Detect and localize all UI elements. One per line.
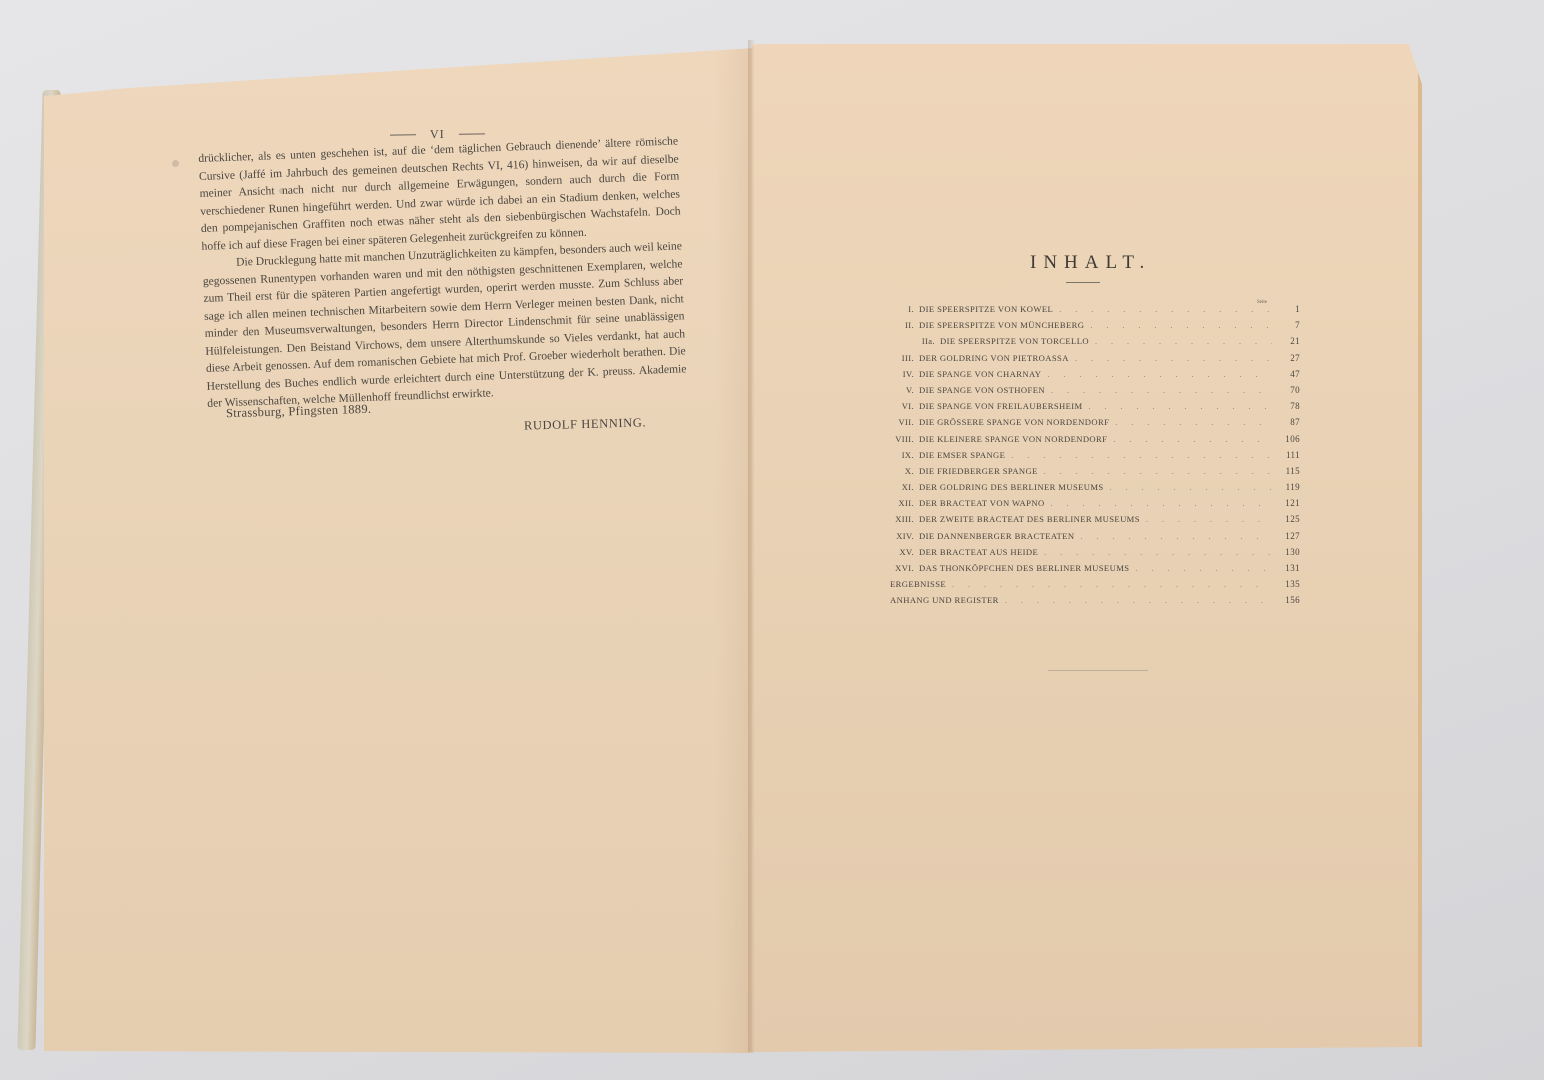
toc-entry-title: DIE GRÖSSERE SPANGE VON NORDENDORF — [919, 417, 1109, 427]
toc-entry: IV.DIE SPANGE VON CHARNAY47 — [890, 369, 1300, 385]
table-of-contents: I.DIE SPEERSPITZE VON KOWEL1II.DIE SPEER… — [890, 304, 1300, 612]
toc-entry-title: DIE DANNENBERGER BRACTEATEN — [919, 531, 1074, 541]
toc-entry-number: XIV. — [890, 531, 914, 541]
leader-dots — [1075, 354, 1272, 363]
leader-dots — [1090, 321, 1272, 330]
book-gutter — [748, 40, 754, 1052]
toc-entry: XIII.DER ZWEITE BRACTEAT DES BERLINER MU… — [890, 514, 1300, 530]
leader-dots — [1044, 548, 1272, 557]
toc-entry-number: VIII. — [890, 434, 914, 444]
toc-entry-page: 27 — [1278, 353, 1300, 363]
toc-entry-page: 111 — [1278, 450, 1300, 460]
paragraph: drücklicher, als es unten geschehen ist,… — [198, 132, 682, 255]
toc-entry: V.DIE SPANGE VON OSTHOFEN70 — [890, 385, 1300, 401]
leader-dots — [1051, 499, 1272, 508]
toc-entry-page: 130 — [1278, 547, 1300, 557]
leader-dots — [1095, 337, 1272, 346]
toc-entry-title: DER GOLDRING VON PIETROASSA — [919, 353, 1069, 363]
toc-entry-number: IIa. — [890, 336, 935, 346]
toc-entry-number: XV. — [890, 547, 914, 557]
toc-entry-page: 121 — [1278, 498, 1300, 508]
toc-entry: III.DER GOLDRING VON PIETROASSA27 — [890, 353, 1300, 369]
leader-dots — [1011, 451, 1272, 460]
toc-entry: XI.DER GOLDRING DES BERLINER MUSEUMS119 — [890, 482, 1300, 498]
toc-heading: INHALT. — [1030, 252, 1140, 274]
toc-entry-title: DER BRACTEAT VON WAPNO — [919, 498, 1045, 508]
toc-entry-number: II. — [890, 320, 914, 330]
toc-entry-title: DAS THONKÖPFCHEN DES BERLINER MUSEUMS — [919, 563, 1129, 573]
toc-entry-title: DIE SPANGE VON CHARNAY — [919, 369, 1041, 379]
toc-entry: X.DIE FRIEDBERGER SPANGE115 — [890, 466, 1300, 482]
author-signature: RUDOLF HENNING. — [524, 415, 647, 433]
leader-dots — [1115, 418, 1272, 427]
toc-entry-title: DIE SPEERSPITZE VON KOWEL — [919, 304, 1053, 314]
toc-entry: VIII.DIE KLEINERE SPANGE VON NORDENDORF1… — [890, 434, 1300, 450]
toc-entry: VII.DIE GRÖSSERE SPANGE VON NORDENDORF87 — [890, 417, 1300, 433]
heading-rule — [1066, 282, 1100, 283]
toc-entry-page: 106 — [1278, 434, 1300, 444]
toc-entry-page: 135 — [1278, 579, 1300, 589]
toc-entry-page: 78 — [1278, 401, 1300, 411]
leader-dots — [1059, 305, 1272, 314]
toc-entry-title: DIE SPANGE VON FREILAUBERSHEIM — [919, 401, 1083, 411]
toc-entry-title: DIE KLEINERE SPANGE VON NORDENDORF — [919, 434, 1107, 444]
toc-entry: II.DIE SPEERSPITZE VON MÜNCHEBERG7 — [890, 320, 1300, 336]
toc-entry-title: DIE FRIEDBERGER SPANGE — [919, 466, 1038, 476]
leader-dots — [1005, 596, 1272, 605]
toc-entry-title: DIE SPEERSPITZE VON TORCELLO — [940, 336, 1089, 346]
toc-entry-title: DIE EMSER SPANGE — [919, 450, 1005, 460]
leader-dots — [1044, 467, 1272, 476]
toc-entry-number: III. — [890, 353, 914, 363]
toc-entry-number: XI. — [890, 482, 914, 492]
open-book: VI drücklicher, als es unten geschehen i… — [0, 0, 1544, 1080]
toc-entry-title: DIE SPEERSPITZE VON MÜNCHEBERG — [919, 320, 1084, 330]
toc-entry-title: ANHANG UND REGISTER — [890, 595, 999, 605]
paper-spot — [172, 160, 179, 167]
preface-body: drücklicher, als es unten geschehen ist,… — [198, 132, 687, 412]
toc-entry-title: DER GOLDRING DES BERLINER MUSEUMS — [919, 482, 1104, 492]
toc-entry-page: 125 — [1278, 514, 1300, 524]
leader-dots — [1089, 402, 1272, 411]
toc-entry-number: IX. — [890, 450, 914, 460]
paragraph: Die Drucklegung hatte mit manchen Unzutr… — [202, 237, 687, 412]
toc-entry-title: DER BRACTEAT AUS HEIDE — [919, 547, 1038, 557]
page-number: VI — [430, 127, 445, 142]
toc-entry-number: I. — [890, 304, 914, 314]
toc-entry-number: IV. — [890, 369, 914, 379]
leader-dots — [1080, 532, 1272, 541]
toc-entry-number: V. — [890, 385, 914, 395]
toc-entry-page: 21 — [1278, 336, 1300, 346]
toc-entry: XIV.DIE DANNENBERGER BRACTEATEN127 — [890, 531, 1300, 547]
toc-entry: VI.DIE SPANGE VON FREILAUBERSHEIM78 — [890, 401, 1300, 417]
toc-entry: XII.DER BRACTEAT VON WAPNO121 — [890, 498, 1300, 514]
toc-entry: ERGEBNISSE135 — [890, 579, 1300, 595]
toc-entry-number: X. — [890, 466, 914, 476]
toc-entry-page: 119 — [1278, 482, 1300, 492]
leader-dots — [1113, 435, 1272, 444]
toc-entry-number: XVI. — [890, 563, 914, 573]
toc-entry-page: 70 — [1278, 385, 1300, 395]
toc-entry-page: 1 — [1278, 304, 1300, 314]
bottom-rule — [1048, 670, 1148, 671]
toc-entry-page: 87 — [1278, 417, 1300, 427]
leader-dots — [952, 580, 1272, 589]
leader-dots — [1047, 370, 1272, 379]
toc-entry: IIa.DIE SPEERSPITZE VON TORCELLO21 — [890, 336, 1300, 352]
toc-entry-title: ERGEBNISSE — [890, 579, 946, 589]
toc-entry-page: 127 — [1278, 531, 1300, 541]
toc-entry-page: 156 — [1278, 595, 1300, 605]
toc-entry-number: XII. — [890, 498, 914, 508]
toc-entry-title: DER ZWEITE BRACTEAT DES BERLINER MUSEUMS — [919, 514, 1140, 524]
toc-entry: ANHANG UND REGISTER156 — [890, 595, 1300, 611]
toc-entry: XV.DER BRACTEAT AUS HEIDE130 — [890, 547, 1300, 563]
leader-dots — [1051, 386, 1272, 395]
leader-dots — [1146, 515, 1272, 524]
toc-entry-number: XIII. — [890, 514, 914, 524]
leader-dots — [1110, 483, 1272, 492]
toc-entry-page: 47 — [1278, 369, 1300, 379]
toc-entry-page: 115 — [1278, 466, 1300, 476]
toc-entry-page: 131 — [1278, 563, 1300, 573]
toc-entry-number: VI. — [890, 401, 914, 411]
toc-entry-title: DIE SPANGE VON OSTHOFEN — [919, 385, 1045, 395]
toc-entry: XVI.DAS THONKÖPFCHEN DES BERLINER MUSEUM… — [890, 563, 1300, 579]
toc-entry-number: VII. — [890, 417, 914, 427]
toc-entry-page: 7 — [1278, 320, 1300, 330]
leader-dots — [1135, 564, 1272, 573]
toc-entry: I.DIE SPEERSPITZE VON KOWEL1 — [890, 304, 1300, 320]
toc-entry: IX.DIE EMSER SPANGE111 — [890, 450, 1300, 466]
